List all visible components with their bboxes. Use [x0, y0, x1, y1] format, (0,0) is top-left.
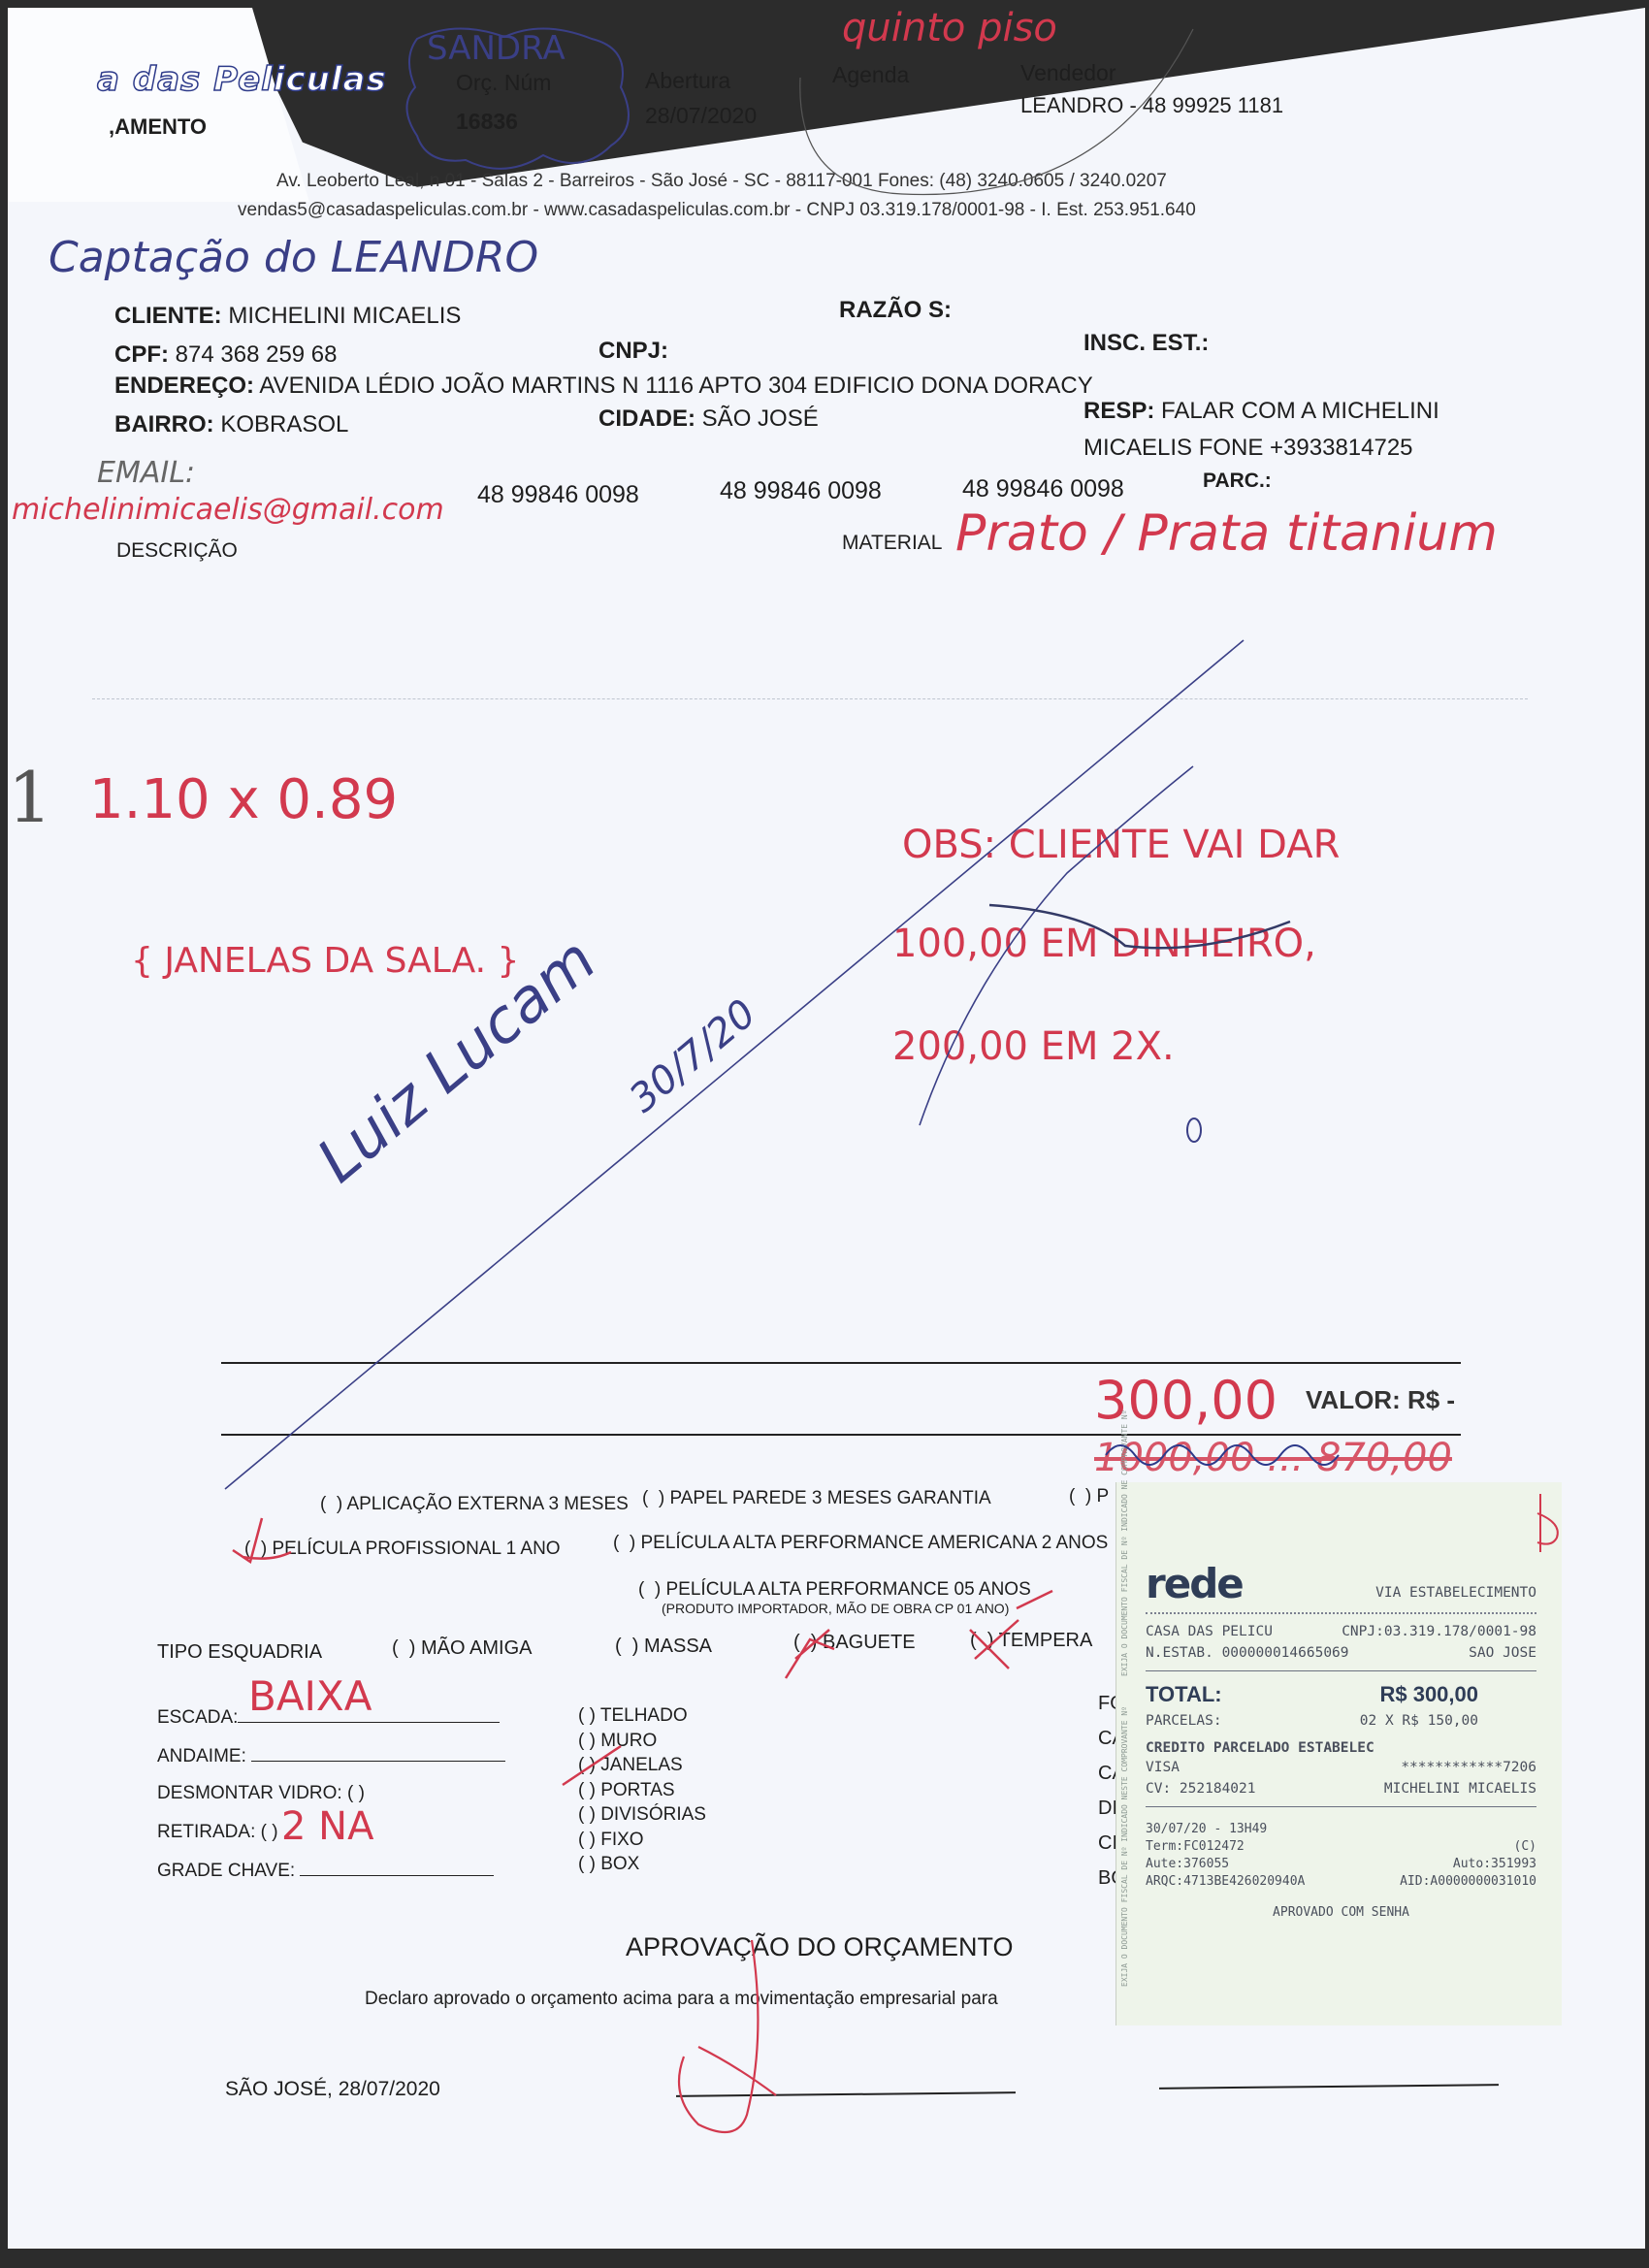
phone-3: 48 99846 0098 [962, 475, 1124, 503]
company-address: Av. Leoberto Leal, n 01 - Salas 2 - Barr… [276, 171, 1167, 192]
resp-value-2: MICAELIS FONE +3933814725 [1083, 435, 1413, 462]
company-logo: a das Peliculas [97, 60, 387, 99]
receipt-type: CREDITO PARCELADO ESTABELEC [1146, 1740, 1374, 1756]
bairro-field: BAIRRO: KOBRASOL [114, 411, 348, 438]
option-label: TEMPERA [999, 1630, 1093, 1651]
option-label: MÃO AMIGA [421, 1637, 532, 1659]
receipt-via: VIA ESTABELECIMENTO [1375, 1585, 1536, 1601]
option-massa[interactable]: ( ) MASSA [615, 1636, 712, 1658]
receipt-total-value: R$ 300,00 [1379, 1682, 1478, 1707]
handwritten-obs-line1: OBS: CLIENTE VAI DAR [902, 823, 1340, 867]
resp-field: RESP: FALAR COM A MICHELINI [1083, 398, 1439, 425]
tipo-esquadria-label: TIPO ESQUADRIA [157, 1641, 322, 1664]
material-label: MATERIAL [842, 532, 942, 555]
descricao-label: DESCRIÇÃO [116, 539, 238, 563]
cpf-value: 874 368 259 68 [176, 341, 338, 368]
handwritten-obs-line2: 100,00 EM DINHEIRO, [892, 922, 1316, 966]
cpf-label: CPF: [114, 341, 169, 368]
vendedor-value: LEANDRO - 48 99925 1181 [1020, 93, 1283, 118]
cpf-field: CPF: 874 368 259 68 [114, 341, 338, 369]
receipt-aute: Aute:376055 [1146, 1857, 1229, 1871]
cidade-field: CIDADE: SÃO JOSÉ [598, 405, 819, 433]
option-local-muro[interactable]: ( ) MURO [578, 1729, 706, 1754]
receipt-term: Term:FC012472 [1146, 1839, 1245, 1854]
document-type: ,AMENTO [109, 114, 207, 140]
receipt-side-note-top: EXIJA O DOCUMENTO FISCAL DE Nº INDICADO … [1120, 1409, 1129, 1676]
cliente-value: MICHELINI MICAELIS [228, 303, 461, 329]
handwritten-escada: BAIXA [248, 1672, 372, 1720]
handwritten-email-label: EMAIL: [97, 456, 195, 490]
receipt-cv: CV: 252184021 [1146, 1781, 1256, 1797]
abertura-date: 28/07/2020 [645, 103, 757, 129]
handwritten-obs-line3: 200,00 EM 2X. [892, 1024, 1175, 1069]
andaime-field[interactable]: ANDAIME: [157, 1746, 505, 1767]
endereco-field: ENDEREÇO: AVENIDA LÉDIO JOÃO MARTINS N 1… [114, 373, 1093, 400]
resp-value-1: FALAR COM A MICHELINI [1161, 398, 1439, 424]
handwritten-item-description: { JANELAS DA SALA. } [131, 941, 519, 981]
option-label: P [1097, 1486, 1110, 1507]
resp-label: RESP: [1083, 398, 1154, 424]
razao-label: RAZÃO S: [839, 297, 952, 324]
option-local-janelas[interactable]: ( ) JANELAS [578, 1753, 706, 1778]
description-divider [92, 698, 1528, 699]
receipt-side-note-bottom: EXIJA O DOCUMENTO FISCAL DE Nº INDICADO … [1120, 1706, 1129, 1987]
option-label: APLICAÇÃO EXTERNA 3 MESES [346, 1494, 628, 1514]
option-label: MASSA [644, 1636, 712, 1657]
endereco-label: ENDEREÇO: [114, 373, 254, 399]
option-local-fixo[interactable]: ( ) FIXO [578, 1828, 706, 1853]
valor-top-line [221, 1362, 1461, 1364]
receipt-c-flag: (C) [1514, 1839, 1536, 1854]
receipt-cardholder: MICHELINI MICAELIS [1384, 1781, 1536, 1797]
desmontar-vidro-field[interactable]: DESMONTAR VIDRO: ( ) [157, 1783, 365, 1804]
option-label: BAGUETE [823, 1632, 916, 1653]
receipt-cnpj: CNPJ:03.319.178/0001-98 [1342, 1624, 1536, 1639]
approval-text: Declaro aprovado o orçamento acima para … [365, 1989, 998, 2010]
option-pelicula-americana[interactable]: ( ) PELÍCULA ALTA PERFORMANCE AMERICANA … [613, 1533, 1108, 1554]
orc-label: Orç. Núm [456, 70, 551, 96]
phone-1: 48 99846 0098 [477, 481, 639, 509]
option-local-telhado[interactable]: ( ) TELHADO [578, 1703, 706, 1729]
cidade-value: SÃO JOSÉ [702, 405, 819, 432]
field-label: GRADE CHAVE: [157, 1861, 295, 1881]
option-papel-parede[interactable]: ( ) PAPEL PAREDE 3 MESES GARANTIA [642, 1488, 991, 1509]
bairro-value: KOBRASOL [220, 411, 348, 437]
handwritten-floor-note: quinto piso [842, 6, 1057, 50]
receipt-divider-2 [1146, 1806, 1536, 1807]
receipt-aid: AID:A0000000031010 [1400, 1874, 1536, 1889]
orc-number: 16836 [456, 109, 518, 135]
retirada-field[interactable]: RETIRADA: ( ) [157, 1822, 278, 1843]
option-local-portas[interactable]: ( ) PORTAS [578, 1778, 706, 1803]
option-baguete[interactable]: ( ) BAGUETE [793, 1632, 916, 1654]
handwritten-captacao: Captação do LEANDRO [48, 233, 538, 282]
receipt-status: APROVADO COM SENHA [1273, 1905, 1409, 1920]
cliente-label: CLIENTE: [114, 303, 222, 329]
option-pelicula-05-anos-note: (PRODUTO IMPORTADOR, MÃO DE OBRA CP 01 A… [662, 1601, 1009, 1616]
handwritten-quantity: 1 [8, 757, 52, 838]
receipt-divider [1146, 1670, 1536, 1671]
receipt-parcelas-value: 02 X R$ 150,00 [1360, 1713, 1478, 1729]
option-pelicula-profissional[interactable]: ( ) PELÍCULA PROFISSIONAL 1 ANO [244, 1539, 561, 1560]
cidade-label: CIDADE: [598, 405, 695, 432]
vendedor-label: Vendedor [1020, 60, 1115, 86]
handwritten-dimensions: 1.10 x 0.89 [89, 768, 398, 831]
handwritten-name-sandra: SANDRA [427, 29, 566, 68]
receipt-parcelas-label: PARCELAS: [1146, 1713, 1222, 1729]
card-receipt: EXIJA O DOCUMENTO FISCAL DE Nº INDICADO … [1115, 1482, 1562, 2025]
receipt-dotted-divider [1146, 1612, 1536, 1614]
field-label: ESCADA: [157, 1707, 238, 1728]
receipt-arqc: ARQC:4713BE426020940A [1146, 1874, 1305, 1889]
option-tempera[interactable]: ( ) TEMPERA [970, 1630, 1092, 1652]
receipt-auto: Auto:351993 [1453, 1857, 1536, 1871]
receipt-datetime: 30/07/20 - 13H49 [1146, 1822, 1267, 1836]
handwritten-email: michelinimicaelis@gmail.com [12, 493, 444, 527]
field-label: ANDAIME: [157, 1746, 246, 1766]
bairro-label: BAIRRO: [114, 411, 214, 437]
company-contact: vendas5@casadaspeliculas.com.br - www.ca… [238, 200, 1196, 221]
endereco-value: AVENIDA LÉDIO JOÃO MARTINS N 1116 APTO 3… [259, 373, 1092, 399]
option-label: PAPEL PAREDE 3 MESES GARANTIA [670, 1488, 991, 1508]
option-aplicacao-externa[interactable]: ( ) APLICAÇÃO EXTERNA 3 MESES [320, 1494, 629, 1515]
receipt-merchant: CASA DAS PELICU [1146, 1624, 1273, 1639]
receipt-estab: N.ESTAB. 000000014665069 [1146, 1645, 1349, 1661]
cnpj-label: CNPJ: [598, 338, 668, 365]
place-date: SÃO JOSÉ, 28/07/2020 [225, 2078, 440, 2101]
receipt-total-label: TOTAL: [1146, 1682, 1222, 1707]
valor-label: VALOR: R$ - [1306, 1385, 1455, 1415]
phone-2: 48 99846 0098 [720, 477, 882, 505]
local-options-list: ( ) TELHADO( ) MURO( ) JANELAS( ) PORTAS… [578, 1703, 706, 1877]
option-local-box[interactable]: ( ) BOX [578, 1852, 706, 1877]
agenda-label: Agenda [832, 62, 909, 88]
insc-est-label: INSC. EST.: [1083, 330, 1209, 357]
receipt-city: SAO JOSE [1469, 1645, 1536, 1661]
option-mao-amiga[interactable]: ( ) MÃO AMIGA [392, 1637, 532, 1660]
option-pelicula-05-anos[interactable]: ( ) PELÍCULA ALTA PERFORMANCE 05 ANOS [638, 1579, 1031, 1601]
handwritten-crossed-value: 1000,00 ... 870,00 [1094, 1436, 1452, 1480]
handwritten-retirada: 2 NA [281, 1804, 373, 1849]
handwritten-material: Prato / Prata titanium [955, 504, 1498, 563]
option-local-divisórias[interactable]: ( ) DIVISÓRIAS [578, 1802, 706, 1828]
option-label: PELÍCULA PROFISSIONAL 1 ANO [273, 1539, 561, 1559]
option-label: PELÍCULA ALTA PERFORMANCE 05 ANOS [666, 1579, 1031, 1600]
grade-chave-field[interactable]: GRADE CHAVE: [157, 1861, 494, 1882]
parc-label: PARC.: [1203, 470, 1272, 493]
option-label: PELÍCULA ALTA PERFORMANCE AMERICANA 2 AN… [641, 1533, 1109, 1553]
abertura-label: Abertura [645, 68, 730, 94]
receipt-card-brand: VISA [1146, 1760, 1180, 1775]
receipt-card-masked: ************7206 [1401, 1760, 1536, 1775]
cliente-field: CLIENTE: MICHELINI MICAELIS [114, 303, 461, 330]
approval-title: APROVAÇÃO DO ORÇAMENTO [626, 1932, 1014, 1962]
option-p-partial[interactable]: ( ) P [1069, 1486, 1109, 1507]
